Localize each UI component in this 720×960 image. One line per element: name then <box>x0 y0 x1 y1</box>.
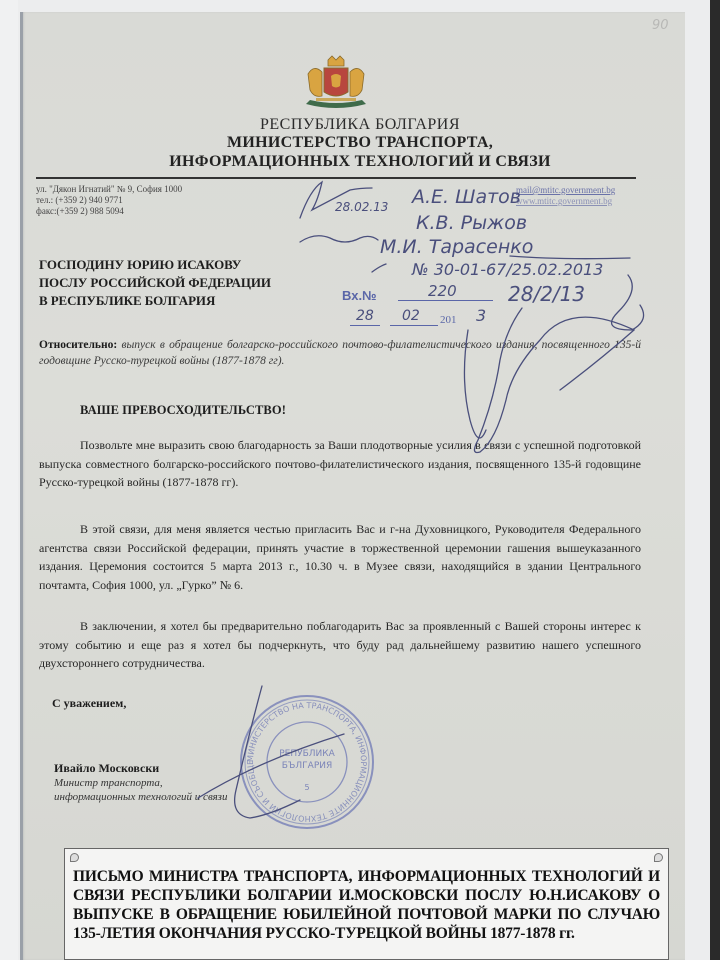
addressee-line1: ГОСПОДИНУ ЮРИЮ ИСАКОВУ <box>39 256 271 274</box>
body-paragraph-2: В этой связи, для меня является честью п… <box>39 520 641 594</box>
handwritten-stamp-month: 02 <box>402 308 420 324</box>
subject-label: Относительно: <box>39 339 117 351</box>
handwritten-incoming-date: 28/2/13 <box>508 282 585 306</box>
signatory-title: Министр транспорта, информационных техно… <box>54 776 227 804</box>
salutation: ВАШЕ ПРЕВОСХОДИТЕЛЬСТВО! <box>80 403 286 418</box>
signatory-title-line1: Министр транспорта, <box>54 776 227 790</box>
handwritten-name-1: А.Е. Шатов <box>412 186 521 208</box>
handwritten-stamp-day: 28 <box>356 308 374 324</box>
contact-email: mail@mtitc.government.bg <box>516 185 615 195</box>
contact-address: ул. "Дякон Игнатий" № 9, София 1000 <box>36 184 182 195</box>
letterhead-divider <box>36 177 636 179</box>
registration-line-day <box>350 325 380 326</box>
seal-number: 5 <box>304 783 309 792</box>
exhibit-caption-card: ПИСЬМО МИНИСТРА ТРАНСПОРТА, ИНФОРМАЦИОНН… <box>64 848 669 960</box>
contact-fax: факс:(+359 2) 988 5094 <box>36 206 182 217</box>
pin-icon <box>654 853 663 862</box>
page-number-mark: 90 <box>652 18 669 33</box>
registration-line-number <box>398 300 493 301</box>
contact-website: www.mtitc.government.bg <box>516 196 612 206</box>
letterhead-ministry-line2: ИНФОРМАЦИОННЫХ ТЕХНОЛОГИЙ И СВЯЗИ <box>0 153 720 171</box>
exhibit-caption-text: ПИСЬМО МИНИСТРА ТРАНСПОРТА, ИНФОРМАЦИОНН… <box>73 867 660 943</box>
registration-year-prefix: 201 <box>440 314 457 326</box>
seal-center-line1: РЕПУБЛИКА <box>279 749 335 759</box>
letterhead-country: РЕСПУБЛИКА БОЛГАРИЯ <box>0 116 720 134</box>
handwritten-name-2: К.В. Рыжов <box>416 212 527 234</box>
coat-of-arms-icon <box>302 54 370 114</box>
seal-center-line2: БЪЛГАРИЯ <box>282 761 333 771</box>
registration-stamp-label: Вх.№ <box>342 288 377 303</box>
addressee-block: ГОСПОДИНУ ЮРИЮ ИСАКОВУ ПОСЛУ РОССИЙСКОЙ … <box>39 256 271 310</box>
letterhead-ministry-line1: МИНИСТЕРСТВО ТРАНСПОРТА, <box>0 134 720 152</box>
handwritten-name-3: М.И. Тарасенко <box>380 236 533 258</box>
pin-icon <box>70 853 79 862</box>
official-seal-icon: МИНИСТЕРСТВО НА ТРАНСПОРТА, ИНФОРМАЦИОНН… <box>232 692 382 832</box>
addressee-line2: ПОСЛУ РОССИЙСКОЙ ФЕДЕРАЦИИ <box>39 274 271 292</box>
contact-phone: тел.: (+359 2) 940 9771 <box>36 195 182 206</box>
closing: С уважением, <box>52 696 126 711</box>
handwritten-incoming-no: 220 <box>428 282 457 300</box>
handwritten-resolution-date: 28.02.13 <box>335 200 388 214</box>
addressee-line3: В РЕСПУБЛИКЕ БОЛГАРИЯ <box>39 292 271 310</box>
body-paragraph-3: В заключении, я хотел бы предварительно … <box>39 617 641 673</box>
subject-text: выпуск в обращение болгарско-российского… <box>39 339 641 367</box>
body-paragraph-1: Позвольте мне выразить свою благодарност… <box>39 436 641 492</box>
subject-line: Относительно: выпуск в обращение болгарс… <box>39 337 641 369</box>
registration-line-month <box>390 325 438 326</box>
contact-block: ул. "Дякон Игнатий" № 9, София 1000 тел.… <box>36 184 182 217</box>
handwritten-outgoing-ref: № 30-01-67/25.02.2013 <box>412 260 603 279</box>
signatory-title-line2: информационных технологий и связи <box>54 790 227 804</box>
signatory-name: Ивайло Московски <box>54 761 159 776</box>
handwritten-stamp-year: 3 <box>476 306 486 325</box>
